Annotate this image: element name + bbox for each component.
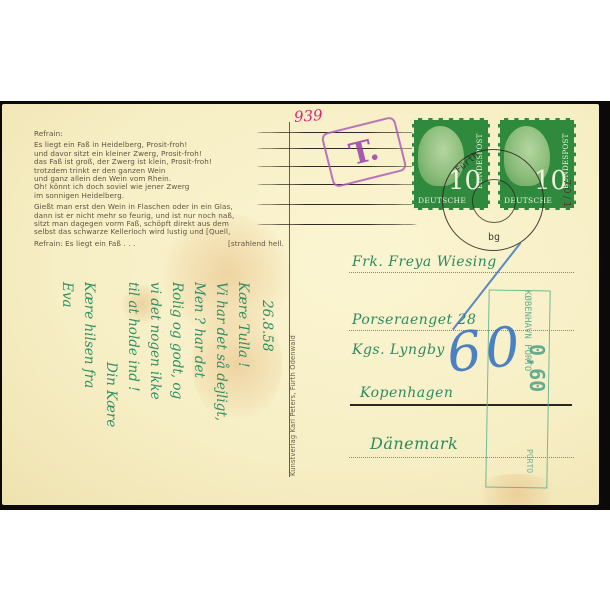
tax-letter: T. [346, 132, 383, 173]
message-line: Kære hilsen fra [78, 282, 100, 427]
address-town: Kgs. Lyngby [352, 342, 445, 358]
cancel-wave-line [257, 204, 417, 205]
publisher-imprint: Kunstverlag Karl Peters, Fürth Odenwald [289, 335, 297, 476]
message-line: Kære Tulla ! [232, 282, 254, 427]
message-line: Eva [56, 282, 78, 427]
printed-song-text: Refrain: Es liegt ein Faß in Heidelberg,… [34, 130, 284, 248]
message-line: vi det nogen ikke [144, 282, 166, 427]
blue-postage-due-mark: 60 [444, 314, 527, 385]
postcard: Refrain: Es liegt ein Faß in Heidelberg,… [2, 104, 599, 505]
verse-line: selbst das schwarze Kellerloch wird lust… [34, 228, 284, 236]
message-line: til at holde ind ! [122, 282, 144, 427]
verse-line: im sonnigen Heidelberg. [34, 192, 284, 200]
refrain-heading: Refrain: [34, 130, 284, 138]
message-line: Men ? har det [188, 282, 210, 427]
cancel-wave-line [257, 224, 417, 225]
handwritten-message: 26.8.58 Kære Tulla ! Vi har det så dejli… [56, 282, 278, 427]
message-date: 26.8.58 [256, 282, 278, 427]
address-recipient: Frk. Freya Wiesing [352, 254, 497, 270]
tax-due-stamp: T. [320, 116, 407, 189]
refrain-end-right: [strahlend hell. [228, 240, 284, 248]
postmark-inner-ring [472, 179, 516, 223]
address-country: Dänemark [370, 434, 458, 453]
message-line: Vi har det så dejligt, [210, 282, 232, 427]
inventory-number: 939 [293, 106, 323, 126]
porto-amount: 0,60 [525, 344, 549, 392]
address-city: Kopenhagen [360, 385, 453, 401]
message-line: Rolig og godt, og [166, 282, 188, 427]
side-mark: 70/1 [561, 179, 572, 209]
address-dotted-line [349, 272, 574, 273]
postmark-code: bg [488, 232, 500, 243]
message-line: Din Kære [100, 282, 122, 427]
refrain-end: Refrain: Es liegt ein Faß . . . [strahle… [34, 240, 284, 248]
refrain-end-left: Refrain: Es liegt ein Faß . . . [34, 240, 135, 248]
porto-footer: PORTO [525, 449, 534, 473]
